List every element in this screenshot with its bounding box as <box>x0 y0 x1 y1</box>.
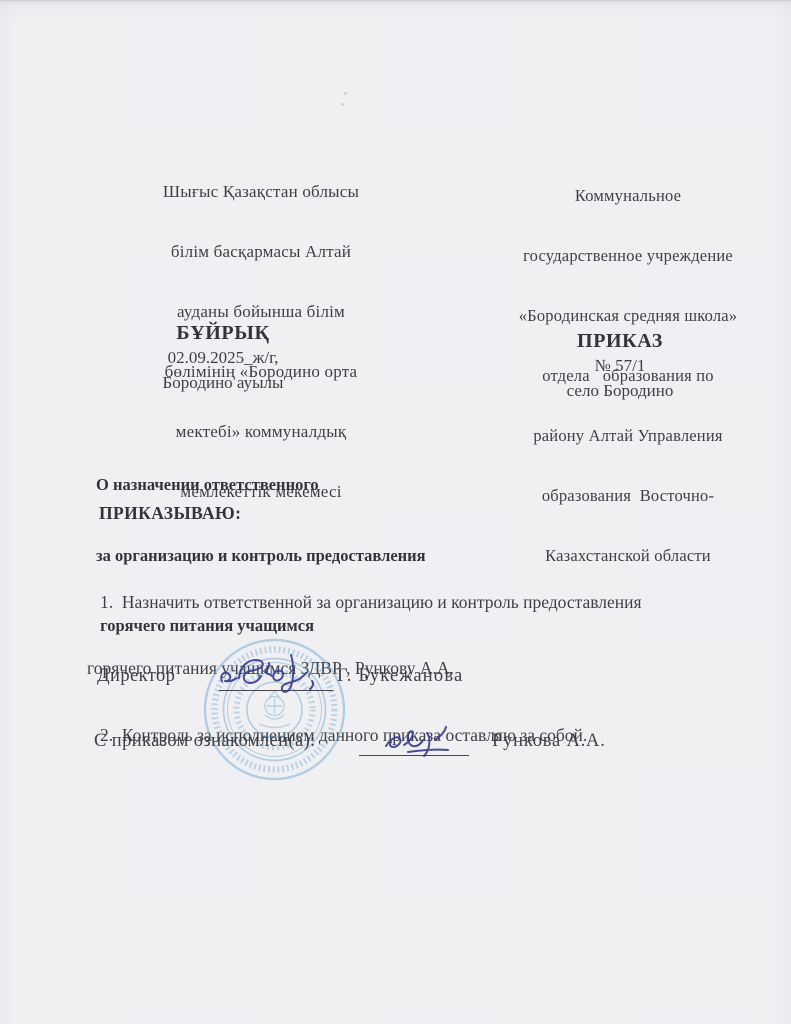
order-item-line: 1. Назначить ответственной за организаци… <box>87 591 695 613</box>
org-name-kk-line: білім басқармасы Алтай <box>148 242 374 262</box>
scan-speck <box>344 92 347 95</box>
acknowledgement-label: С приказом ознакомлен(а): <box>94 731 316 752</box>
scan-speck <box>341 103 344 106</box>
director-name: Г. Букежанова <box>337 666 463 687</box>
director-label: Директор <box>97 666 175 687</box>
org-name-ru-line: Коммунальное <box>498 186 758 206</box>
order-subject-line: О назначении ответственного <box>96 473 426 497</box>
scanned-order-document: Шығыс Қазақстан облысы білім басқармасы … <box>0 0 791 1024</box>
org-name-ru-line: району Алтай Управления <box>498 426 758 446</box>
org-name-kk-line: ауданы бойынша білім <box>148 302 374 322</box>
director-signature-ink <box>215 648 339 698</box>
order-number: № 57/1 <box>527 353 713 378</box>
order-title-ru: ПРИКАЗ <box>527 329 713 353</box>
org-name-ru-line: образования Восточно- <box>498 486 758 506</box>
order-place-ru: село Бородино <box>527 378 713 403</box>
acknowledgement-signature-ink <box>372 718 484 762</box>
acknowledgement-name: Рункова А.А. <box>492 731 606 752</box>
org-name-ru-line: «Бородинская средняя школа» <box>498 306 758 326</box>
order-heading-russian: ПРИКАЗ № 57/1 село Бородино <box>527 329 713 403</box>
org-name-kk-line: Шығыс Қазақстан облысы <box>148 182 374 202</box>
org-name-ru-line: государственное учреждение <box>498 246 758 266</box>
order-place-kk: Бородино ауылы <box>128 370 318 395</box>
order-heading-kazakh: БҰЙРЫҚ 02.09.2025_ж/г, Бородино ауылы <box>128 321 318 395</box>
order-date: 02.09.2025_ж/г, <box>128 345 318 370</box>
resolution-label: ПРИКАЗЫВАЮ: <box>99 503 241 524</box>
order-title-kk: БҰЙРЫҚ <box>128 321 318 345</box>
scan-top-edge <box>0 0 791 6</box>
